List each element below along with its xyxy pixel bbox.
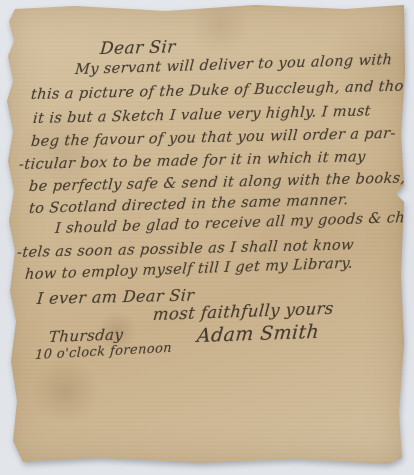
letter-page: Dear Sir My servant will deliver to you … xyxy=(5,3,405,467)
letter-line: this a picture of the Duke of Buccleugh,… xyxy=(30,78,408,103)
salutation-line: Dear Sir xyxy=(99,37,176,59)
letter-paper: Dear Sir My servant will deliver to you … xyxy=(0,0,414,475)
letter-line: beg the favour of you that you will orde… xyxy=(30,126,396,150)
signature: Adam Smith xyxy=(196,321,320,347)
letter-line: -ticular box to be made for it in which … xyxy=(18,149,366,173)
scan-backdrop: Dear Sir My servant will deliver to you … xyxy=(0,0,414,475)
letter-line: be perfectly safe & send it along with t… xyxy=(28,170,406,195)
letter-line: it is but a Sketch I value very highly. … xyxy=(32,103,371,127)
